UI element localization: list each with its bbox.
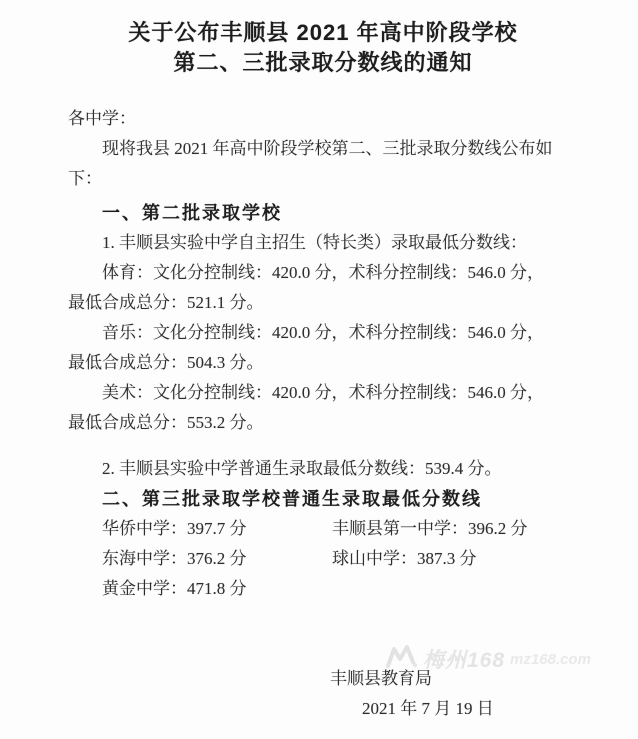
salutation: 各中学： bbox=[68, 104, 578, 134]
score-entry-music: 音乐：文化分控制线：420.0 分，术科分控制线：546.0 分， 最低合成总分… bbox=[68, 318, 578, 378]
section1-heading: 一、第二批录取学校 bbox=[68, 198, 578, 228]
school-score-diyi: 丰顺县第一中学：396.2 分 bbox=[332, 514, 528, 544]
school-score-list: 华侨中学：397.7 分 丰顺县第一中学：396.2 分 东海中学：376.2 … bbox=[68, 514, 578, 604]
school-score-huaqiao: 华侨中学：397.7 分 bbox=[102, 514, 332, 544]
signature: 丰顺县教育局 bbox=[330, 664, 578, 694]
sports-score-line-2: 最低合成总分：521.1 分。 bbox=[68, 288, 578, 318]
page-title: 关于公布丰顺县 2021 年高中阶段学校 第二、三批录取分数线的通知 bbox=[68, 18, 578, 78]
score-entry-sports: 体育：文化分控制线：420.0 分，术科分控制线：546.0 分， 最低合成总分… bbox=[68, 258, 578, 318]
school-row-1: 华侨中学：397.7 分 丰顺县第一中学：396.2 分 bbox=[68, 514, 578, 544]
music-score-line-2: 最低合成总分：504.3 分。 bbox=[68, 348, 578, 378]
signature-block: 丰顺县教育局 2021 年 7 月 19 日 bbox=[68, 664, 578, 724]
document-content: 关于公布丰顺县 2021 年高中阶段学校 第二、三批录取分数线的通知 各中学： … bbox=[0, 0, 638, 724]
notice-document-page: 梅州168 mz168.com 关于公布丰顺县 2021 年高中阶段学校 第二、… bbox=[0, 0, 638, 739]
title-line-1: 关于公布丰顺县 2021 年高中阶段学校 bbox=[68, 18, 578, 48]
music-score-line-1: 音乐：文化分控制线：420.0 分，术科分控制线：546.0 分， bbox=[68, 318, 578, 348]
section1-item1: 1. 丰顺县实验中学自主招生（特长类）录取最低分数线： bbox=[68, 228, 578, 258]
school-row-3: 黄金中学：471.8 分 bbox=[68, 574, 578, 604]
school-score-huangjin: 黄金中学：471.8 分 bbox=[102, 574, 332, 604]
title-line-2: 第二、三批录取分数线的通知 bbox=[68, 48, 578, 78]
intro-paragraph: 现将我县 2021 年高中阶段学校第二、三批录取分数线公布如 下： bbox=[68, 134, 578, 194]
section2-heading: 二、第三批录取学校普通生录取最低分数线 bbox=[68, 484, 578, 514]
school-score-donghai: 东海中学：376.2 分 bbox=[102, 544, 332, 574]
date: 2021 年 7 月 19 日 bbox=[362, 694, 578, 724]
intro-line-1: 现将我县 2021 年高中阶段学校第二、三批录取分数线公布如 bbox=[68, 134, 578, 164]
school-row-2: 东海中学：376.2 分 球山中学：387.3 分 bbox=[68, 544, 578, 574]
section1-item2: 2. 丰顺县实验中学普通生录取最低分数线：539.4 分。 bbox=[68, 454, 578, 484]
sports-score-line-1: 体育：文化分控制线：420.0 分，术科分控制线：546.0 分， bbox=[68, 258, 578, 288]
score-entry-art: 美术：文化分控制线：420.0 分，术科分控制线：546.0 分， 最低合成总分… bbox=[68, 378, 578, 438]
art-score-line-2: 最低合成总分：553.2 分。 bbox=[68, 408, 578, 438]
intro-line-2: 下： bbox=[68, 164, 578, 194]
school-score-qiushan: 球山中学：387.3 分 bbox=[332, 544, 477, 574]
art-score-line-1: 美术：文化分控制线：420.0 分，术科分控制线：546.0 分， bbox=[68, 378, 578, 408]
